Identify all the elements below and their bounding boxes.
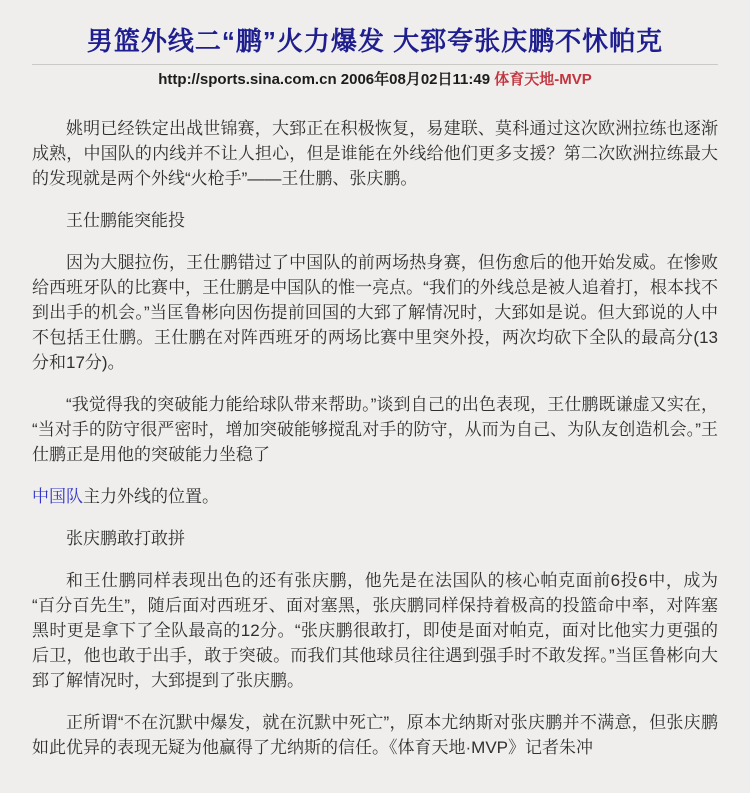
source-url: http://sports.sina.com.cn: [158, 71, 336, 88]
paragraph-wangshipeng-1: 因为大腿拉伤，王仕鹏错过了中国队的前两场热身赛，但伤愈后的他开始发威。在惨败给西…: [32, 250, 718, 375]
publish-datetime: 2006年08月02日11:49: [341, 71, 490, 88]
article-headline: 男篮外线二“鹏”火力爆发 大郅夸张庆鹏不怵帕克: [32, 24, 718, 58]
media-name: 体育天地-MVP: [494, 71, 592, 88]
paragraph-intro: 姚明已经铁定出战世锦赛，大郅正在积极恢复，易建联、莫科通过这次欧洲拉练也逐渐成熟…: [32, 116, 718, 191]
article-page: 男篮外线二“鹏”火力爆发 大郅夸张庆鹏不怵帕克 http://sports.si…: [0, 0, 750, 793]
paragraph-link-rest: 主力外线的位置。: [83, 487, 219, 506]
source-line: http://sports.sina.com.cn 2006年08月02日11:…: [32, 70, 718, 90]
subheading-zhangqingpeng: 张庆鹏敢打敢拼: [32, 526, 718, 551]
paragraph-closing: 正所谓“不在沉默中爆发，就在沉默中死亡”，原本尤纳斯对张庆鹏并不满意，但张庆鹏如…: [32, 710, 718, 760]
headline-divider: [32, 64, 718, 65]
paragraph-wangshipeng-2: “我觉得我的突破能力能给球队带来帮助。”谈到自己的出色表现，王仕鹏既谦虚又实在，…: [32, 392, 718, 467]
paragraph-with-link: 中国队主力外线的位置。: [32, 484, 718, 509]
china-team-link[interactable]: 中国队: [32, 487, 83, 506]
paragraph-zhangqingpeng: 和王仕鹏同样表现出色的还有张庆鹏，他先是在法国队的核心帕克面前6投6中，成为“百…: [32, 568, 718, 693]
article-body: 姚明已经铁定出战世锦赛，大郅正在积极恢复，易建联、莫科通过这次欧洲拉练也逐渐成熟…: [32, 116, 718, 760]
subheading-wangshipeng: 王仕鹏能突能投: [32, 208, 718, 233]
